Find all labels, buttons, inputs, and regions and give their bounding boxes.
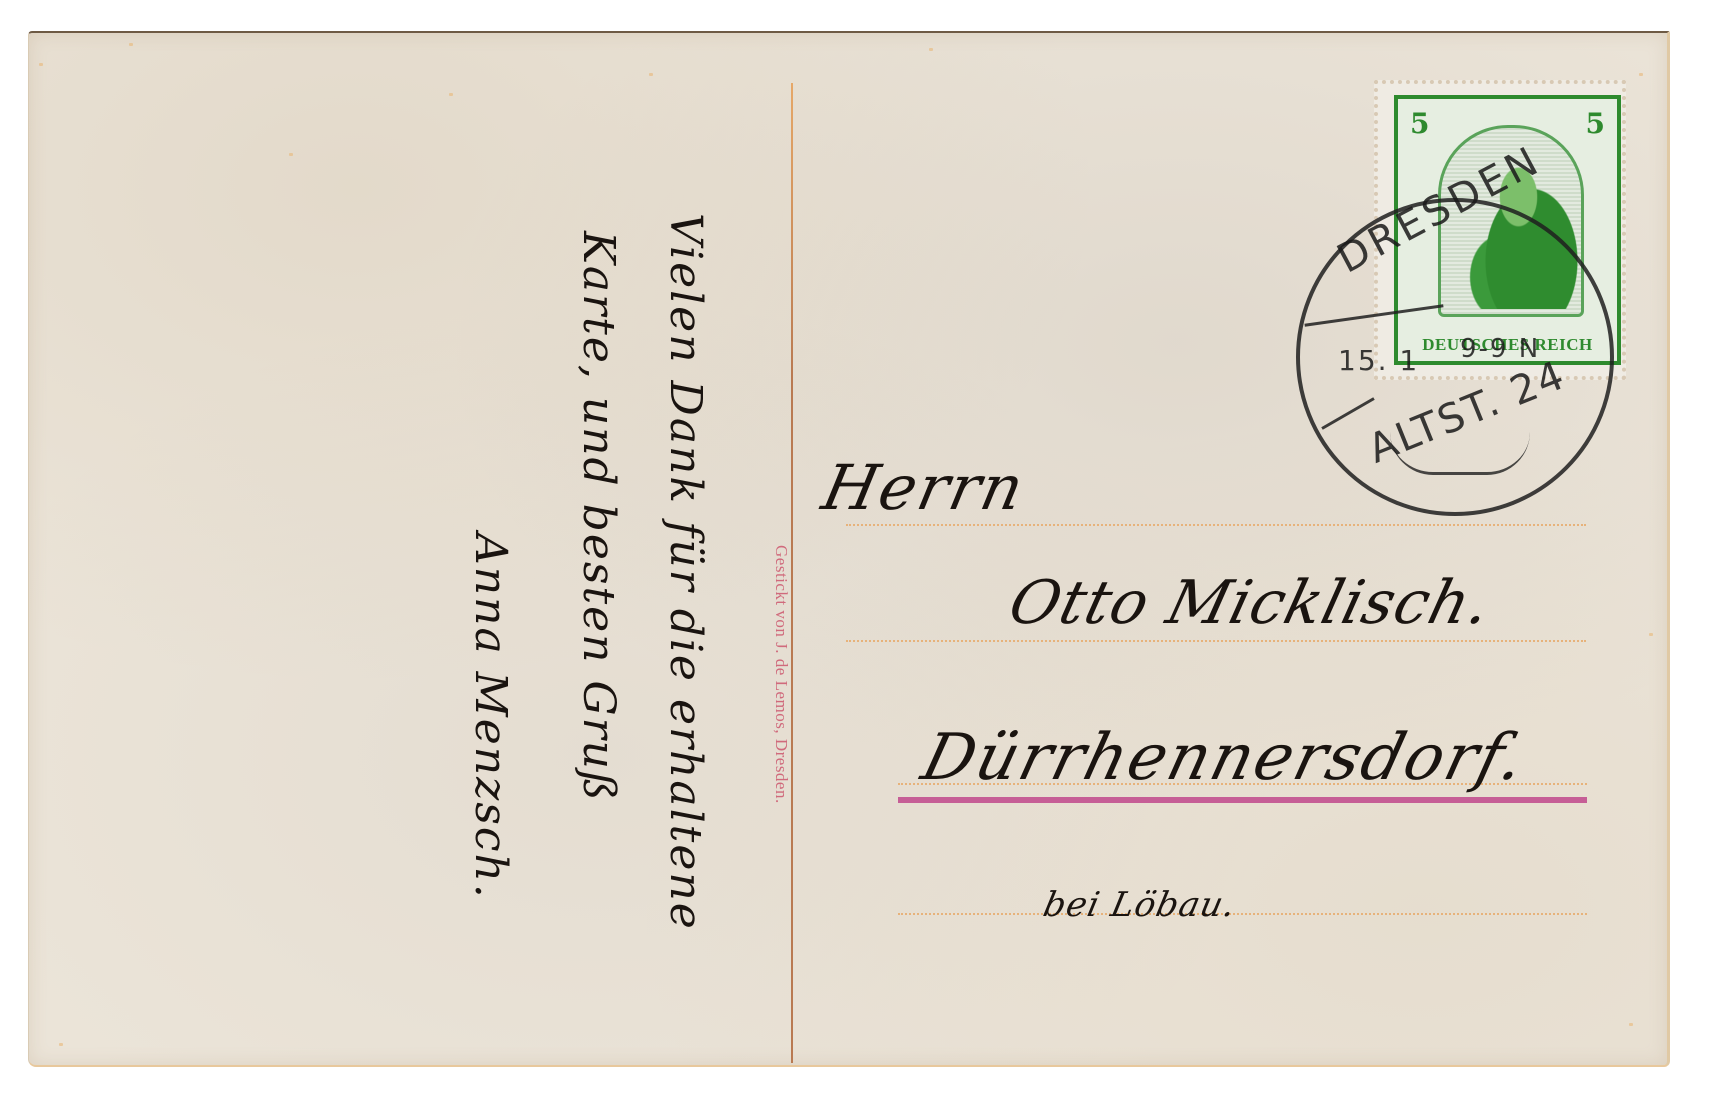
paper-speck xyxy=(1649,633,1653,636)
address-town: Dürrhennersdorf. xyxy=(915,721,1534,795)
paper-speck xyxy=(129,43,133,46)
town-underline xyxy=(898,797,1587,803)
message-signature: Anna Menzsch. xyxy=(465,533,516,900)
message-line-1: Vielen Dank für die erhaltene xyxy=(660,213,711,931)
stamp-value-left: 5 xyxy=(1410,107,1429,140)
address-salutation: Herrn xyxy=(816,451,1031,524)
address-locality: bei Löbau. xyxy=(1040,885,1240,925)
postcard: Gestickt von J. de Lemos, Dresden. Viele… xyxy=(28,31,1670,1067)
message-line-2: Karte, und besten Gruß xyxy=(573,231,624,802)
paper-speck xyxy=(649,73,653,76)
paper-speck xyxy=(929,48,933,51)
publisher-imprint: Gestickt von J. de Lemos, Dresden. xyxy=(771,545,791,1045)
postmark-bar-bottom xyxy=(1321,397,1374,430)
paper-speck xyxy=(39,63,43,66)
paper-speck xyxy=(289,153,293,156)
postmark-time: 9-9 N xyxy=(1460,334,1540,364)
center-divider-line xyxy=(791,83,793,1063)
paper-speck xyxy=(59,1043,63,1046)
postmark-cancellation: DRESDEN 15. 1 9-9 N ALTST. 24 xyxy=(1296,198,1614,516)
address-rule-1 xyxy=(846,524,1586,526)
paper-speck xyxy=(1639,73,1643,76)
postmark-bar-top xyxy=(1304,304,1443,326)
stamp-value-right: 5 xyxy=(1586,107,1605,140)
address-rule-4 xyxy=(898,913,1587,915)
address-rule-2 xyxy=(846,640,1586,642)
paper-speck xyxy=(449,93,453,96)
postmark-date: 15. 1 xyxy=(1338,344,1419,377)
paper-speck xyxy=(1629,1023,1633,1026)
address-name: Otto Micklisch. xyxy=(1002,568,1498,638)
